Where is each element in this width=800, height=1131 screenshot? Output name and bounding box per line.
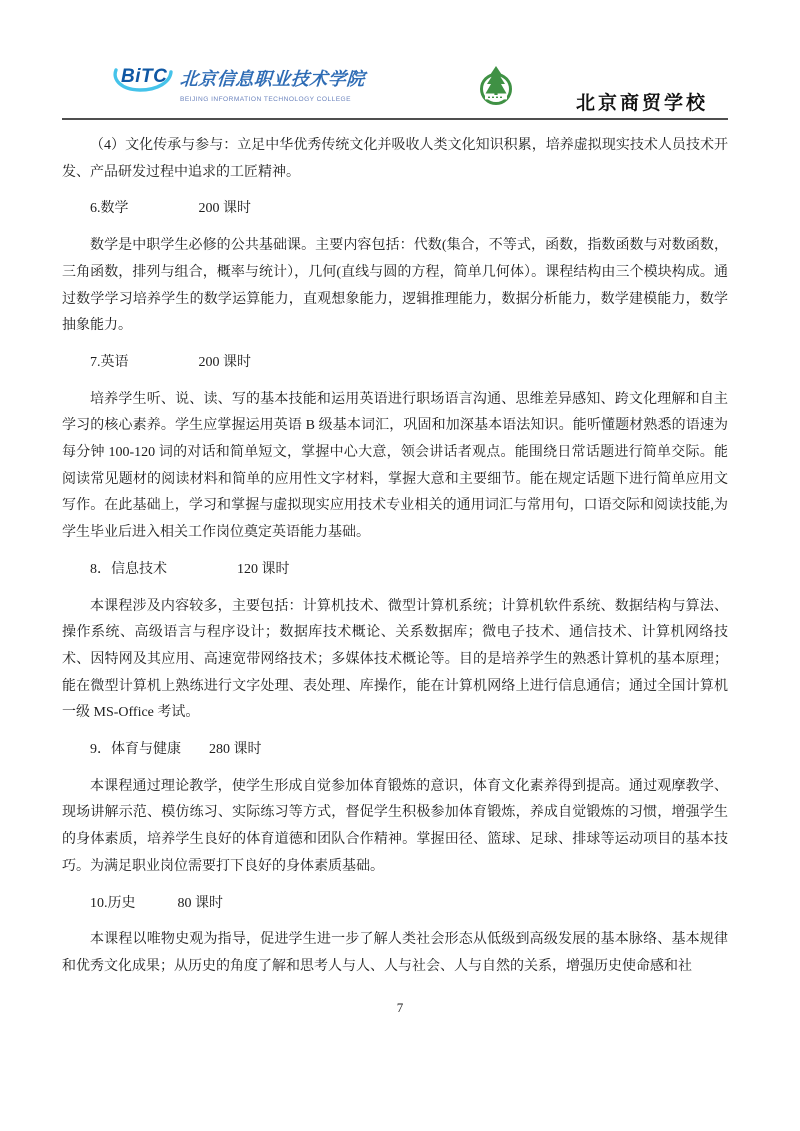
course-label: 7.英语	[90, 355, 129, 370]
course-gap	[167, 562, 237, 577]
document-page: BiTC 北京信息职业技术学院 BEIJING INFORMATION TECH…	[0, 0, 800, 1131]
document-body: （4）文化传承与参与：立足中华优秀传统文化并吸收人类文化知识积累，培养虚拟现实技…	[62, 133, 728, 981]
header-divider	[62, 118, 728, 120]
course-label: 8．信息技术	[90, 562, 167, 577]
course-heading-it: 8．信息技术 120 课时	[62, 557, 728, 584]
course-label: 6.数学	[90, 201, 129, 216]
page-footer: 7	[0, 1000, 800, 1016]
school-name: 北京商贸学校	[576, 88, 708, 115]
course-hours: 120 课时	[237, 562, 290, 577]
course-gap	[181, 742, 209, 757]
course-heading-pe: 9．体育与健康 280 课时	[62, 737, 728, 764]
bitc-mark: BiTC	[112, 62, 176, 94]
course-gap	[136, 896, 178, 911]
course-heading-history: 10.历史 80 课时	[62, 891, 728, 918]
bitc-chinese-name: 北京信息职业技术学院	[179, 65, 366, 91]
course-heading-math: 6.数学 200 课时	[62, 196, 728, 223]
course-hours: 200 课时	[199, 355, 252, 370]
course-body-math: 数学是中职学生必修的公共基础课。主要内容包括：代数(集合，不等式，函数，指数函数…	[62, 233, 728, 340]
course-gap	[129, 355, 199, 370]
course-label: 10.历史	[90, 896, 136, 911]
course-hours: 200 课时	[199, 201, 252, 216]
course-label: 9．体育与健康	[90, 742, 181, 757]
course-gap	[129, 201, 199, 216]
page-number: 7	[397, 1000, 404, 1015]
bitc-acronym: BiTC	[121, 66, 167, 88]
bitc-english-name: BEIJING INFORMATION TECHNOLOGY COLLEGE	[180, 96, 365, 103]
course-body-it: 本课程涉及内容较多，主要包括：计算机技术、微型计算机系统；计算机软件系统、数据结…	[62, 594, 728, 728]
bitc-logo: BiTC 北京信息职业技术学院 BEIJING INFORMATION TECH…	[112, 62, 365, 103]
course-heading-english: 7.英语 200 课时	[62, 350, 728, 377]
pine-tree-emblem-icon	[477, 63, 515, 107]
bitc-logo-row: BiTC 北京信息职业技术学院	[112, 62, 365, 94]
course-body-english: 培养学生听、说、读、写的基本技能和运用英语进行职场语言沟通、思维差异感知、跨文化…	[62, 387, 728, 547]
course-hours: 80 课时	[178, 896, 224, 911]
course-body-history: 本课程以唯物史观为指导，促进学生进一步了解人类社会形态从低级到高级发展的基本脉络…	[62, 927, 728, 980]
intro-paragraph: （4）文化传承与参与：立足中华优秀传统文化并吸收人类文化知识积累，培养虚拟现实技…	[62, 133, 728, 186]
course-body-pe: 本课程通过理论教学，使学生形成自觉参加体育锻炼的意识，体育文化素养得到提高。通过…	[62, 774, 728, 881]
course-hours: 280 课时	[209, 742, 262, 757]
